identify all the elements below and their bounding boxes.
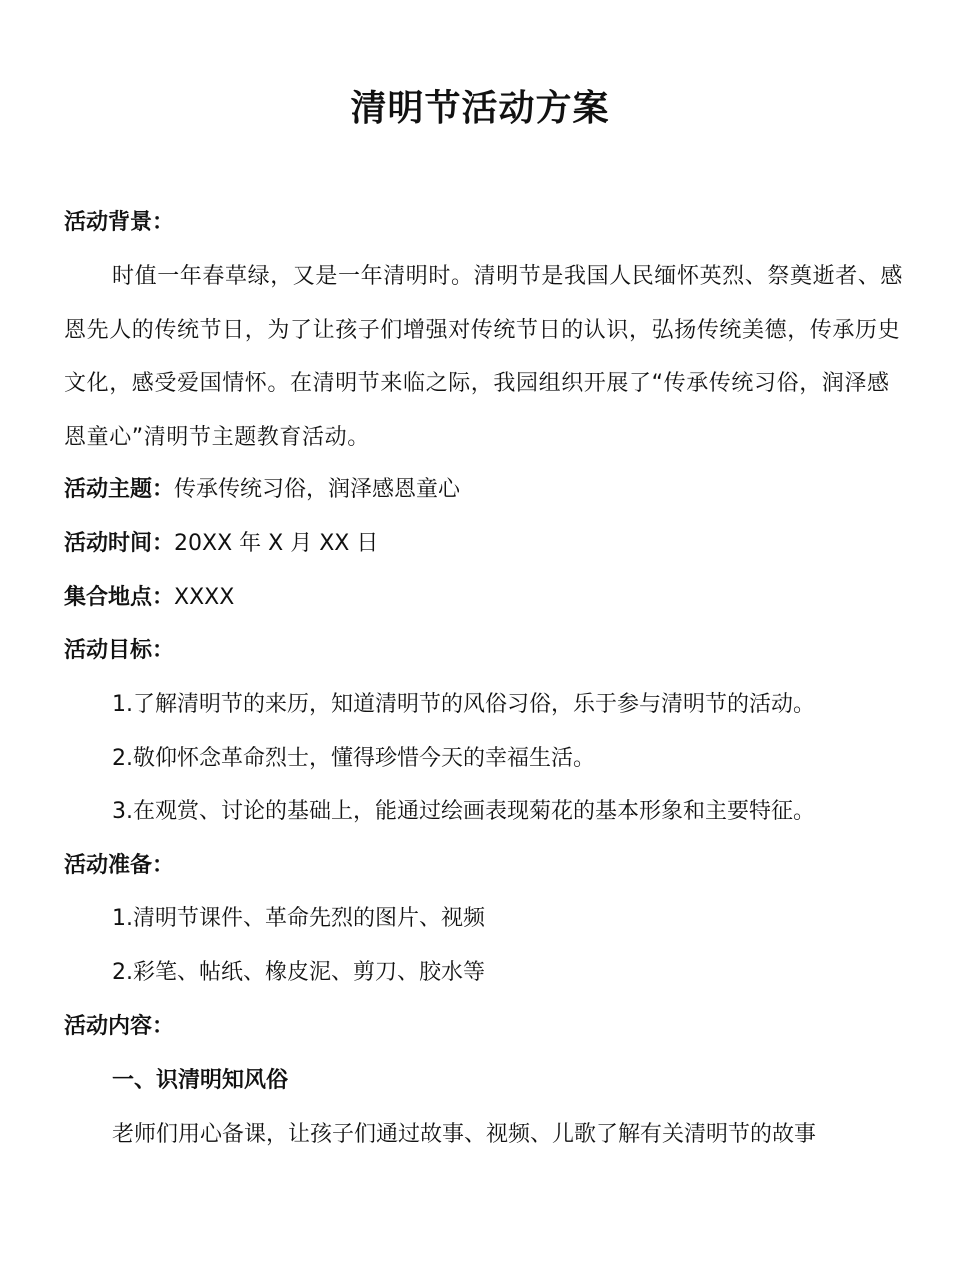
theme-row: 活动主题：传承传统习俗，润泽感恩童心 — [64, 475, 460, 505]
location-label: 集合地点： — [64, 585, 174, 610]
theme-value: 传承传统习俗，润泽感恩童心 — [174, 477, 460, 502]
content-section-title: 一、识清明知风俗 — [112, 1066, 288, 1096]
document-title: 清明节活动方案 — [0, 80, 960, 131]
goal-item: 3.在观赏、讨论的基础上，能通过绘画表现菊花的基本形象和主要特征。 — [112, 797, 815, 827]
content-heading: 活动内容： — [64, 1012, 174, 1042]
goal-item: 2.敬仰怀念革命烈士，懂得珍惜今天的幸福生活。 — [112, 744, 595, 774]
time-value: 20XX 年 X 月 XX 日 — [174, 531, 378, 556]
location-row: 集合地点：XXXX — [64, 583, 234, 613]
background-heading: 活动背景： — [64, 208, 174, 238]
preparation-heading: 活动准备： — [64, 851, 174, 881]
preparation-item: 2.彩笔、帖纸、橡皮泥、剪刀、胶水等 — [112, 958, 485, 988]
background-paragraph: 时值一年春草绿，又是一年清明时。清明节是我国人民缅怀英烈、祭奠逝者、感恩先人的传… — [64, 250, 904, 464]
goal-item: 1.了解清明节的来历，知道清明节的风俗习俗，乐于参与清明节的活动。 — [112, 690, 815, 720]
location-value: XXXX — [174, 585, 234, 610]
time-label: 活动时间： — [64, 531, 174, 556]
content-section-text: 老师们用心备课，让孩子们通过故事、视频、儿歌了解有关清明节的故事 — [112, 1120, 816, 1150]
theme-label: 活动主题： — [64, 477, 174, 502]
preparation-item: 1.清明节课件、革命先烈的图片、视频 — [112, 904, 485, 934]
time-row: 活动时间：20XX 年 X 月 XX 日 — [64, 529, 378, 559]
goals-heading: 活动目标： — [64, 636, 174, 666]
